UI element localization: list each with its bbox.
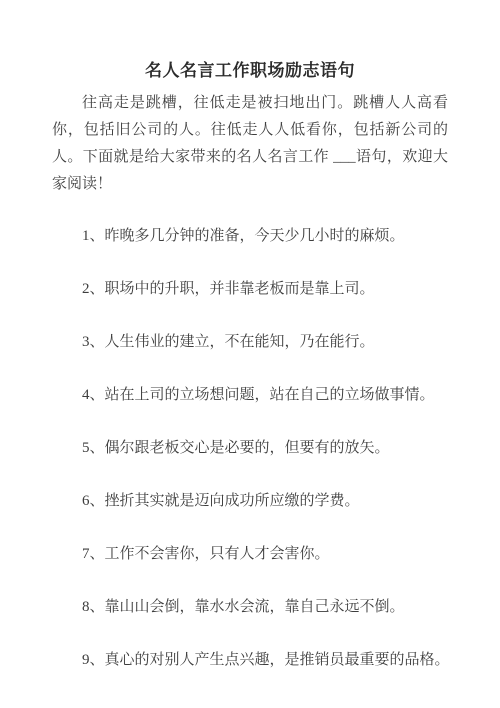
quote-item-9: 9、真心的对别人产生点兴趣，是推销员最重要的品格。	[52, 650, 448, 670]
quote-item-5: 5、偶尔跟老板交心是必要的，但要有的放矢。	[52, 438, 448, 458]
quote-item-4: 4、站在上司的立场想问题，站在自己的立场做事情。	[52, 385, 448, 405]
page-title: 名人名言工作职场励志语句	[0, 0, 500, 82]
quote-item-2: 2、职场中的升职，并非靠老板而是靠上司。	[52, 279, 448, 299]
quote-item-3: 3、人生伟业的建立，不在能知，乃在能行。	[52, 332, 448, 352]
quote-item-6: 6、挫折其实就是迈向成功所应缴的学费。	[52, 491, 448, 511]
quote-list: 1、昨晚多几分钟的准备，今天少几小时的麻烦。 2、职场中的升职，并非靠老板而是靠…	[0, 226, 500, 670]
quote-item-7: 7、工作不会害你，只有人才会害你。	[52, 544, 448, 564]
document-page: 名人名言工作职场励志语句 往高走是跳槽，往低走是被扫地出门。跳槽人人高看你，包括…	[0, 0, 500, 708]
intro-paragraph: 往高走是跳槽，往低走是被扫地出门。跳槽人人高看你，包括旧公司的人。往低走人人低看…	[52, 90, 448, 198]
quote-item-8: 8、靠山山会倒，靠水水会流，靠自己永远不倒。	[52, 597, 448, 617]
quote-item-1: 1、昨晚多几分钟的准备，今天少几小时的麻烦。	[52, 226, 448, 246]
